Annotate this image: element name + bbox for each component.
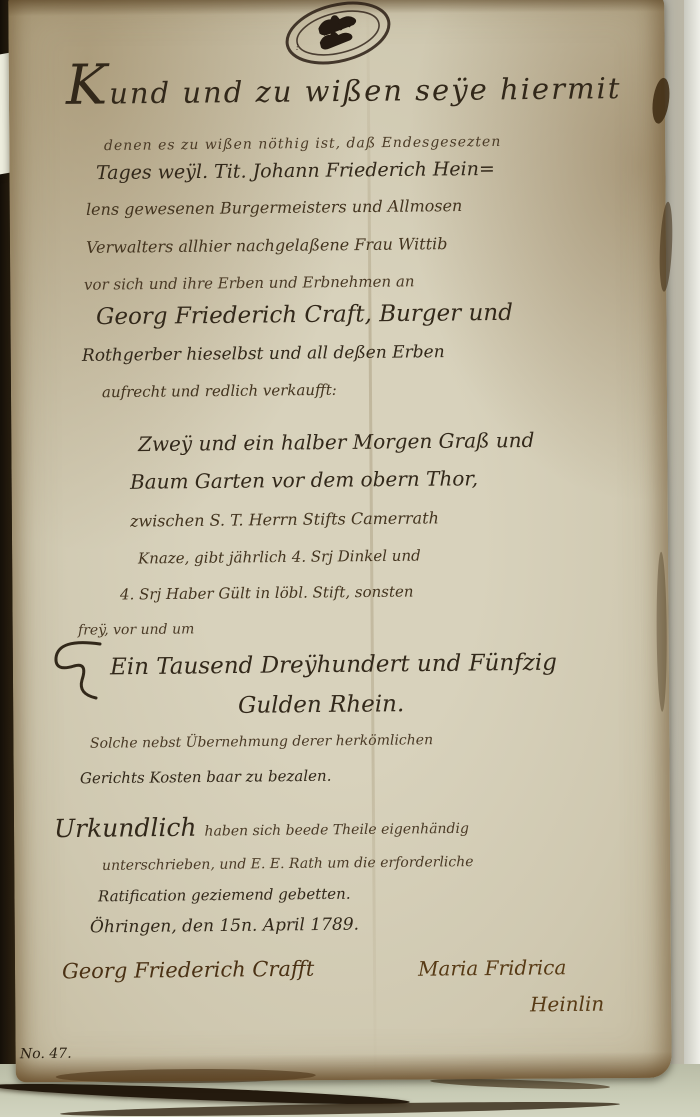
manuscript-line: aufrecht und redlich verkaufft: <box>102 381 337 401</box>
manuscript-line-dateline: Öhringen, den 15n. April 1789. <box>90 915 359 938</box>
manuscript-line: vor sich und ihre Erben und Erbnehmen an <box>84 272 415 293</box>
manuscript-line: Gerichts Kosten baar zu bezalen. <box>80 767 332 788</box>
manuscript-line-price: Ein Tausend Dreÿhundert und Fünfzig <box>110 650 557 681</box>
manuscript-line-property: Baum Garten vor dem obern Thor, <box>130 466 478 494</box>
manuscript-photo: ··· Kund und zu wißen seÿe hiermit denen… <box>0 0 700 1117</box>
svg-text:···: ··· <box>293 43 303 52</box>
ink-flourish <box>48 636 108 706</box>
urkundlich-word: Urkundlich <box>54 813 197 843</box>
manuscript-line: 4. Srj Haber Gült in löbl. Stift, sonste… <box>120 582 414 603</box>
manuscript-line-ratification: Ratification geziemend gebetten. <box>98 885 351 906</box>
manuscript-line: Rothgerber hieselbst und all deßen Erben <box>82 342 445 366</box>
signature-heinlin: Heinlin <box>530 992 604 1017</box>
manuscript-line-heading: Kund und zu wißen seÿe hiermit <box>66 63 622 111</box>
burnt-edge <box>656 552 667 712</box>
manuscript-line: Verwalters allhier nachgelaßene Frau Wit… <box>86 234 448 257</box>
closing-rest: haben sich beede Theile eigenhändig <box>204 821 469 840</box>
manuscript-line-price-currency: Gulden Rhein. <box>238 691 404 719</box>
manuscript-line-property: Zweÿ und ein halber Morgen Graß und <box>138 428 535 456</box>
manuscript-line-closing: Urkundlichhaben sich beede Theile eigenh… <box>54 810 469 843</box>
signature-maria-fridrica: Maria Fridrica <box>418 955 567 981</box>
manuscript-line: freÿ, vor und um <box>78 621 194 638</box>
archival-number: No. 47. <box>20 1046 72 1063</box>
manuscript-line: Knaze, gibt jährlich 4. Srj Dinkel und <box>138 547 421 568</box>
signature-georg-friederich-crafft: Georg Friederich Crafft <box>62 957 315 984</box>
background-strip <box>684 0 700 1117</box>
manuscript-line-buyer-name: Georg Friederich Craft, Burger und <box>96 300 513 330</box>
manuscript-line: lens gewesenen Burgermeisters und Allmos… <box>86 196 462 219</box>
manuscript-line-seller-name: Tages weÿl. Tit. Johann Friederich Hein= <box>96 158 495 184</box>
manuscript-line: zwischen S. T. Herrn Stifts Camerrath <box>130 508 439 530</box>
